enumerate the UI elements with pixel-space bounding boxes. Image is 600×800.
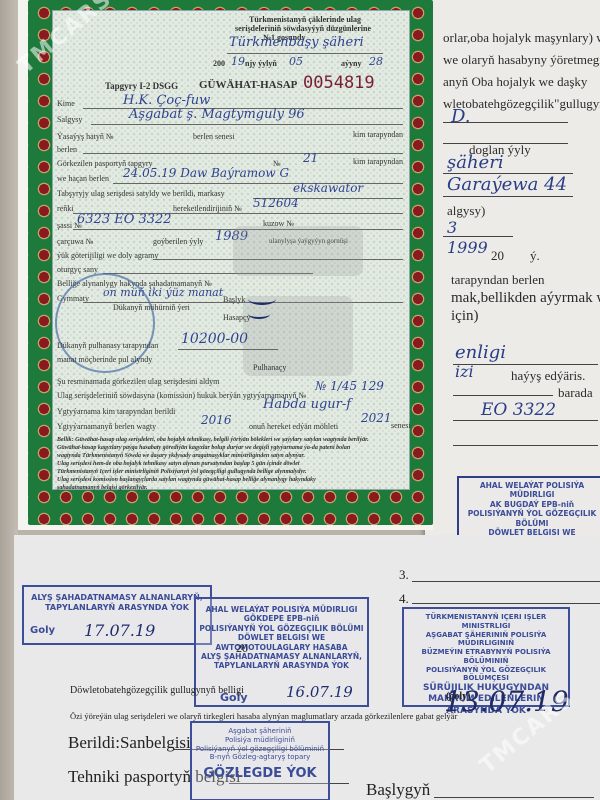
field-label: Şu resminamada görkezilen ulag serişdesi… xyxy=(57,377,219,386)
handwritten-day: 05 xyxy=(289,55,303,68)
stamp-registration-left: ALYŞ ŞAHADATNAMASY ALNANLARYŇ,TAPYLANLAR… xyxy=(22,585,212,645)
underline xyxy=(443,236,513,237)
chief-label: Başlygyň xyxy=(366,780,430,800)
underline xyxy=(453,420,598,421)
underline xyxy=(434,797,594,798)
field-label: onuň hereket edýän möhleti xyxy=(249,422,338,431)
field-label: berlen xyxy=(57,145,77,154)
field-label: berlen senesi xyxy=(193,132,235,141)
field-value-brand: ekskawator xyxy=(293,181,363,195)
handwritten-city: şäheri xyxy=(447,152,504,173)
payment-label: manat möçberinde pul alyndy xyxy=(57,355,152,364)
plate-number-label: Berildi:Sanbelgisi xyxy=(68,733,191,753)
handwritten-street: Garaýewa 44 xyxy=(447,174,567,195)
year-letter: ý. xyxy=(530,248,540,264)
handwritten-plate: EO 3322 xyxy=(481,400,556,420)
field-label: ýük göterijiligi we doly agramy xyxy=(57,251,158,260)
inspection-text: Özi ýöreýän ulag serişdeleri we olaryň t… xyxy=(70,711,457,721)
underline xyxy=(91,124,403,125)
field-value-address: Aşgabat ş. Magtymguly 96 xyxy=(129,107,305,122)
stamp-search-group: Aşgabat şäheriniňPolisiýa müdirliginiňPo… xyxy=(190,721,330,800)
field-value-license-expiry: 2021 xyxy=(361,411,392,425)
month-label: aýyny xyxy=(341,59,361,68)
underline xyxy=(412,581,600,582)
application-form-page: orlar,oba hojalyk maşynlary) we we olary… xyxy=(425,0,600,560)
series-label: Tapgyry I-2 DSGG xyxy=(105,81,178,91)
field-label: we haçan berlen xyxy=(57,174,109,183)
note-text: Bellik: Güwähat-hasap ulag serişdeleri, … xyxy=(57,437,369,443)
form-text-line: we olaryň hasabyny ýöretmegiň xyxy=(443,52,600,68)
field-label: reňki xyxy=(57,204,73,213)
field-value-passport: 21 xyxy=(303,151,318,165)
purpose-text: mak,bellikden aýyrmak we xyxy=(451,290,600,307)
field-label: Ygtyýarnamanyň berlen wagty xyxy=(57,422,156,431)
handwritten-year: 1999 xyxy=(447,238,488,257)
field-label: Ýasaýyş hatyň № xyxy=(57,132,114,141)
underline xyxy=(178,349,278,350)
underline xyxy=(443,196,573,197)
field-label: Salgysy xyxy=(57,115,82,124)
issued-by-label: tarapyndan berlen xyxy=(451,272,544,288)
handwritten-year: 19 xyxy=(231,55,245,68)
number-label: 20 xyxy=(236,641,248,656)
dealer-seal-label: Dükanyň möhürniň ýeri xyxy=(113,303,190,312)
payment-amount: 10200-00 xyxy=(181,331,248,347)
serial-number: 0054819 xyxy=(303,73,375,93)
number-label: 3. xyxy=(399,567,409,583)
vehicle-watermark-image xyxy=(233,226,363,276)
underline xyxy=(412,603,600,604)
note-text: wagtynda Türkmenistanyň Söwda we daşary … xyxy=(57,453,305,459)
chief-label: Başlyk xyxy=(223,295,245,304)
cashier-label: Pulhanaçy xyxy=(253,363,286,372)
field-value-license: № 1/45 129 xyxy=(315,379,384,393)
handwritten-office: enligi xyxy=(455,342,506,363)
purpose-text: için) xyxy=(451,308,479,325)
handwritten-text: izi xyxy=(455,362,474,381)
certificate-body: Türkmenistanyň çäklerinde ulag serişdele… xyxy=(52,10,410,490)
underline xyxy=(453,445,598,446)
barada-label: barada xyxy=(558,385,593,401)
field-label: oturgyç sany xyxy=(57,265,98,274)
signature-accountant xyxy=(248,309,270,319)
handwritten-month: 28 xyxy=(369,55,383,68)
field-value-recipient: H.K. Çoç-fuw xyxy=(123,93,210,108)
note-text: Ulag serişdesi hem-de oba hojalyk tehnik… xyxy=(57,461,300,467)
note-text: Ulag serişdesi komission başlangyçlarda … xyxy=(57,477,316,483)
note-text: Türkmenistanyň Içeri işler ministrligini… xyxy=(57,469,307,475)
year-prefix: 20 xyxy=(491,248,504,264)
field-label: hereketlendirijiniň № xyxy=(173,204,242,213)
field-label: Ygtyýarnama kim tarapyndan berildi xyxy=(57,407,175,416)
form-text-line: anyň Oba hojalyk we daşky xyxy=(443,74,587,90)
header-line: Türkmenistanyň çäklerinde ulag xyxy=(249,15,361,24)
address-label: algysy) xyxy=(447,203,485,219)
handwritten-initial: D. xyxy=(451,106,471,127)
field-value-license-date: 2016 xyxy=(201,413,232,427)
field-label: goýberilen ýyly xyxy=(153,237,203,246)
underline xyxy=(443,122,568,123)
document-title: GÜWÄHAT-HASAP xyxy=(199,79,297,91)
underline xyxy=(227,53,383,54)
signature-chief xyxy=(248,293,276,305)
inspection-text: Döwletobatehgözegçilik gullugynyň bellig… xyxy=(70,685,244,696)
field-value-license-issuer: Habda ugur-f xyxy=(263,397,351,412)
accountant-label: Hasapçy xyxy=(223,313,251,322)
handwritten-city: Türkmenbaşy şäheri xyxy=(229,35,364,50)
request-label: haýyş edýäris. xyxy=(511,368,585,384)
form-text-line: orlar,oba hojalyk maşynlary) we xyxy=(443,30,600,46)
field-label: çarçuwa № xyxy=(57,237,93,246)
handwritten-number: 3 xyxy=(447,218,457,237)
field-label: senesi xyxy=(391,421,411,430)
field-value-issued: 24.05.19 Daw Baýramow G xyxy=(123,166,289,180)
date-prefix: 200 xyxy=(213,59,225,68)
date-label: njy ýylyň xyxy=(245,59,277,68)
number-label: 4. xyxy=(399,591,409,607)
certificate-sheet: Türkmenistanyň çäklerinde ulag serişdele… xyxy=(18,0,433,530)
payment-label: Dükanyň pulhanasy tarapyndan xyxy=(57,341,158,350)
field-label: kim tarapyndan xyxy=(353,157,403,166)
note-text: Güwähat-hasap kagyzlary paýga hasabaty g… xyxy=(57,445,350,451)
underline xyxy=(83,153,403,154)
field-value-engine: 512604 xyxy=(253,196,299,210)
underline xyxy=(453,364,598,365)
field-value-chassis: 6323 EO 3322 xyxy=(77,212,172,227)
header-line: serişdeleriniň söwdasyýyň düzgünlerine xyxy=(235,24,371,33)
field-label: kim tarapyndan xyxy=(353,130,403,139)
field-label: Kime xyxy=(57,99,75,108)
field-label: Tabşyryjy ulag serişdesi satyldy we beri… xyxy=(57,189,225,198)
note-text: şahadatnamanyň belgisi görkezilýär. xyxy=(57,485,148,491)
underline xyxy=(453,395,553,396)
